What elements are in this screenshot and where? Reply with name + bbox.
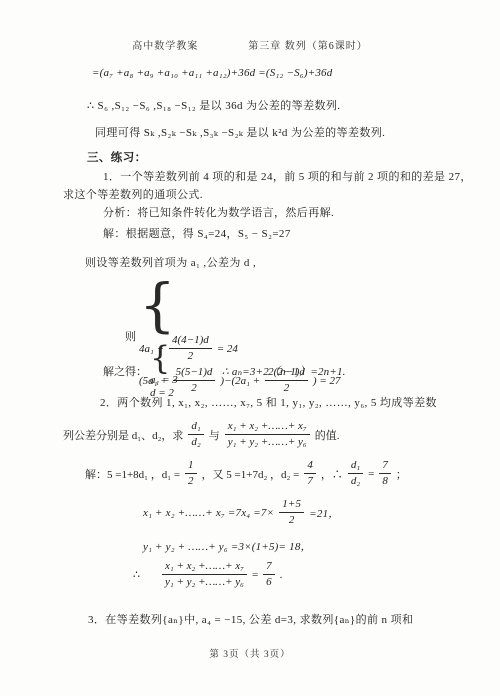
exercise2-solution-line: 解：5 =1+8d₁ ，d₁ = 1 2 ，又 5 =1+7d₂ ，d₂ = 4… (85, 459, 407, 488)
fraction-numerator: 7 (263, 560, 275, 575)
solution-text: ； (396, 466, 407, 482)
fraction-denominator: 6 (263, 575, 275, 589)
solution-row-a1: a₁ = 3 (150, 374, 178, 386)
fraction-numerator: d₁ (188, 420, 203, 435)
solution-label: 解之得： (103, 363, 147, 379)
fraction-denominator: 2 (185, 474, 197, 488)
document-page: 高中数学教案 第三章 数列（第6课时） =(a₇ +a₈ +a₉ +a₁₀ +a… (0, 0, 500, 696)
formula-sum-expansion: =(a₇ +a₈ +a₉ +a₁₀ +a₁₁ +a₁₂)+36d =(S₁₂ −… (92, 66, 332, 81)
section-heading-exercises: 三、练习： (87, 151, 147, 166)
formula-similarly-k: 同理可得 Sₖ ,S₂ₖ −Sₖ ,S₃ₖ −S₂ₖ 是以 k²d 为公差的等差… (95, 126, 385, 141)
exercise2-ysum-line: y₁ + y₂ + ……+ y₆ =3×(1+5)= 18， (143, 540, 312, 555)
fraction-denominator: y₁ + y₂ +……+ y₆ (162, 575, 247, 589)
solution-conclusion: ∴ aₙ=3+2（n−1）=2n+1. (222, 363, 346, 379)
formula-text: = (252, 569, 258, 581)
solution-result-line: 解之得： { a₁ = 3 d = 2 ∴ aₙ=3+2（n−1）=2n+1. (103, 342, 346, 399)
exercise2-text-line1: 2．两个数列 1, x₁, x₂, ……, x₇, 5 和 1, y₁, y₂,… (100, 396, 437, 411)
fraction-numerator: 1+5 (279, 498, 304, 513)
fraction: x₁ + x₂ +……+ x₇ y₁ + y₂ +……+ y₆ (225, 420, 310, 449)
fraction: 7 6 (263, 560, 275, 589)
solution-text: 解：5 =1+8d₁ ，d₁ = (85, 466, 180, 482)
fraction: x₁ + x₂ +……+ x₇ y₁ + y₂ +……+ y₆ (162, 560, 247, 589)
fraction: d₁ d₂ (348, 459, 363, 488)
fraction-numerator: 4 (304, 459, 316, 474)
fraction: 7 8 (379, 459, 391, 488)
fraction: 1+5 2 (279, 498, 304, 527)
fraction-numerator: x₁ + x₂ +……+ x₇ (162, 560, 247, 575)
fraction: 4 7 (304, 459, 316, 488)
exercise2-xsum-line: x₁ + x₂ +……+ x₇ =7x₄ =7× 1+5 2 =21， (143, 498, 340, 527)
fraction-denominator: d₂ (348, 474, 363, 488)
left-brace-icon: { (139, 271, 176, 339)
fraction-numerator: 7 (379, 459, 391, 474)
exercise2-conclusion-line: ∴ x₁ + x₂ +……+ x₇ y₁ + y₂ +……+ y₆ = 7 6 … (133, 560, 282, 589)
fraction-numerator: d₁ (348, 459, 363, 474)
question-text: 的值. (315, 427, 340, 443)
header-right-text: 第三章 数列（第6课时） (248, 37, 368, 52)
question-text: 与 (209, 427, 220, 443)
exercise1-solution-given: 解：根据题意，得 S₄=24，S₅ − S₂=27 (103, 227, 291, 242)
fraction-numerator: 1 (185, 459, 197, 474)
fraction-denominator: d₂ (188, 435, 203, 449)
question-text: 列公差分别是 d₁、d₂，求 (63, 427, 183, 443)
formula-text: x₁ + x₂ +……+ x₇ =7x₄ =7× (143, 507, 274, 519)
fraction-denominator: 2 (279, 513, 304, 527)
fraction-numerator: x₁ + x₂ +……+ x₇ (225, 420, 310, 435)
exercise3-text: 3．在等差数列{aₙ}中, a₄ = −15, 公差 d=3, 求数列{aₙ}的… (88, 613, 413, 628)
header-left-text: 高中数学教案 (132, 37, 198, 52)
formula-text: . (280, 569, 283, 581)
exercise2-text-line2: 列公差分别是 d₁、d₂，求 d₁ d₂ 与 x₁ + x₂ +……+ x₇ y… (63, 420, 339, 449)
exercise1-analysis: 分析：将已知条件转化为数学语言，然后再解. (103, 206, 334, 221)
exercise1-text-line2: 求这个等差数列的通项公式. (63, 188, 203, 203)
left-brace-icon: { (150, 339, 170, 377)
exercise1-setup: 则设等差数列首项为 a₁ ,公差为 d , (85, 256, 256, 271)
fraction-denominator: y₁ + y₂ +……+ y₆ (225, 435, 310, 449)
fraction: 1 2 (185, 459, 197, 488)
page-footer: 第 3页（共 3页） (0, 646, 500, 660)
solution-text: ，∴ (321, 466, 343, 482)
fraction-denominator: 8 (379, 474, 391, 488)
solution-text: = (368, 468, 374, 480)
fraction-denominator: 7 (304, 474, 316, 488)
formula-text: =21， (309, 505, 339, 521)
therefore-symbol: ∴ (133, 568, 140, 581)
formula-s-conclusion: ∴ S₆ ,S₁₂ −S₆ ,S₁₈ −S₁₂ 是以 36d 为公差的等差数列. (87, 99, 340, 114)
solution-system: { a₁ = 3 d = 2 (150, 342, 178, 399)
page-header: 高中数学教案 第三章 数列（第6课时） (0, 37, 500, 52)
fraction: d₁ d₂ (188, 420, 203, 449)
exercise1-text-line1: 1．一个等差数列前 4 项的和是 24，前 5 项的和与前 2 项的和的差是 2… (103, 170, 472, 185)
solution-text: ，又 5 =1+7d₂ ，d₂ = (202, 466, 300, 482)
